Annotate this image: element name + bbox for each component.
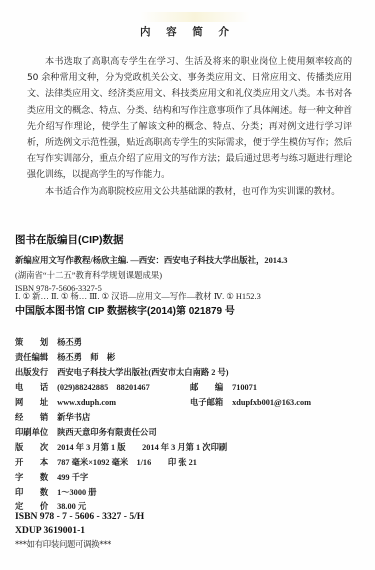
email-group: 电子邮箱 xdupfxb001@163.com <box>190 396 311 408</box>
cip-series-line: (湖南省“十二五”教育科学规划课题成果) <box>15 269 162 281</box>
info-row-publisher: 出版发行 西安电子科技大学出版社(西安市太白南路 2 号) <box>15 366 229 380</box>
info-value: 710071 <box>232 383 257 392</box>
info-row-word-count: 字 数 499 千字 <box>15 471 88 485</box>
info-label: 网 址 <box>15 396 55 408</box>
info-label: 电子邮箱 <box>190 396 230 408</box>
postcode-group: 邮 编 710071 <box>190 381 257 393</box>
summary-body: 本书选取了高职高专学生在学习、生活及将来的职业岗位上使用频率较高的 50 余种常… <box>27 54 352 200</box>
info-row-print-run: 印 数 1～3000 册 <box>15 486 97 500</box>
info-label: 字 数 <box>15 471 55 483</box>
cip-heading: 图书在版编目(CIP)数据 <box>15 232 124 247</box>
email-link[interactable]: xdupfxb001@163.com <box>232 398 311 407</box>
info-value: 787 毫米×1092 毫米 1/16 印 张 21 <box>57 456 197 468</box>
info-row-edition: 版 次 2014 年 3 月第 1 版 2014 年 3 月第 1 次印刷 <box>15 441 227 455</box>
info-row-website: 网 址 www.xduph.com 电子邮箱 xdupfxb001@163.co… <box>15 396 360 410</box>
xdup-code: XDUP 3619001-1 <box>15 525 85 536</box>
info-value: 新华书店 <box>57 411 90 423</box>
info-label: 责任编辑 <box>15 351 55 363</box>
info-label: 开 本 <box>15 456 55 468</box>
replacement-notice: ***如有印装问题可调换*** <box>15 538 111 550</box>
info-label: 策 划 <box>15 336 55 348</box>
info-value: 499 千字 <box>57 471 88 483</box>
info-row-printer: 印刷单位 陕西天意印务有限责任公司 <box>15 426 157 440</box>
isbn-footer: ISBN 978 - 7 - 5606 - 3327 - 5/H <box>15 511 144 522</box>
info-label: 印刷单位 <box>15 426 55 438</box>
cip-title-line: 新编应用文写作教程/杨欣主编. —西安：西安电子科技大学出版社，2014.3 <box>15 254 287 266</box>
info-label: 邮 编 <box>190 381 230 393</box>
summary-paragraph: 本书适合作为高职院校应用文公共基础课的教材，也可作为实训课的教材。 <box>27 184 352 200</box>
info-value: 陕西天意印务有限责任公司 <box>57 426 157 438</box>
cip-record-number: 中国版本图书馆 CIP 数据核字(2014)第 021879 号 <box>15 302 235 317</box>
summary-title: 内 容 简 介 <box>0 24 375 39</box>
info-label: 版 次 <box>15 441 55 453</box>
summary-paragraph: 本书选取了高职高专学生在学习、生活及将来的职业岗位上使用频率较高的 50 余种常… <box>27 54 352 184</box>
info-row-distributor: 经 销 新华书店 <box>15 411 90 425</box>
info-label: 出版发行 <box>15 366 55 378</box>
faded-header-marks <box>140 12 250 22</box>
info-row-planner: 策 划 杨丕勇 <box>15 336 82 350</box>
info-value: 杨丕勇 师 彬 <box>57 351 115 363</box>
info-value: 西安电子科技大学出版社(西安市太白南路 2 号) <box>57 366 228 378</box>
info-value: 杨丕勇 <box>57 336 82 348</box>
info-value: 2014 年 3 月第 1 版 2014 年 3 月第 1 次印刷 <box>57 441 227 453</box>
website-link[interactable]: www.xduph.com <box>57 398 116 407</box>
info-label: 电 话 <box>15 381 55 393</box>
info-value: (029)88242885 88201467 <box>57 381 150 393</box>
info-value: 1～3000 册 <box>57 486 96 498</box>
info-row-editor: 责任编辑 杨丕勇 师 彬 <box>15 351 115 365</box>
info-label: 印 数 <box>15 486 55 498</box>
info-row-phone: 电 话 (029)88242885 88201467 邮 编 710071 <box>15 381 360 395</box>
cip-subject-line: Ⅰ. ① 新… Ⅱ. ① 杨… Ⅲ. ① 汉语—应用文—写作—教材 Ⅳ. ① H… <box>15 290 261 302</box>
info-row-format: 开 本 787 毫米×1092 毫米 1/16 印 张 21 <box>15 456 197 470</box>
copyright-page: 内 容 简 介 本书选取了高职高专学生在学习、生活及将来的职业岗位上使用频率较高… <box>0 0 375 570</box>
info-label: 经 销 <box>15 411 55 423</box>
